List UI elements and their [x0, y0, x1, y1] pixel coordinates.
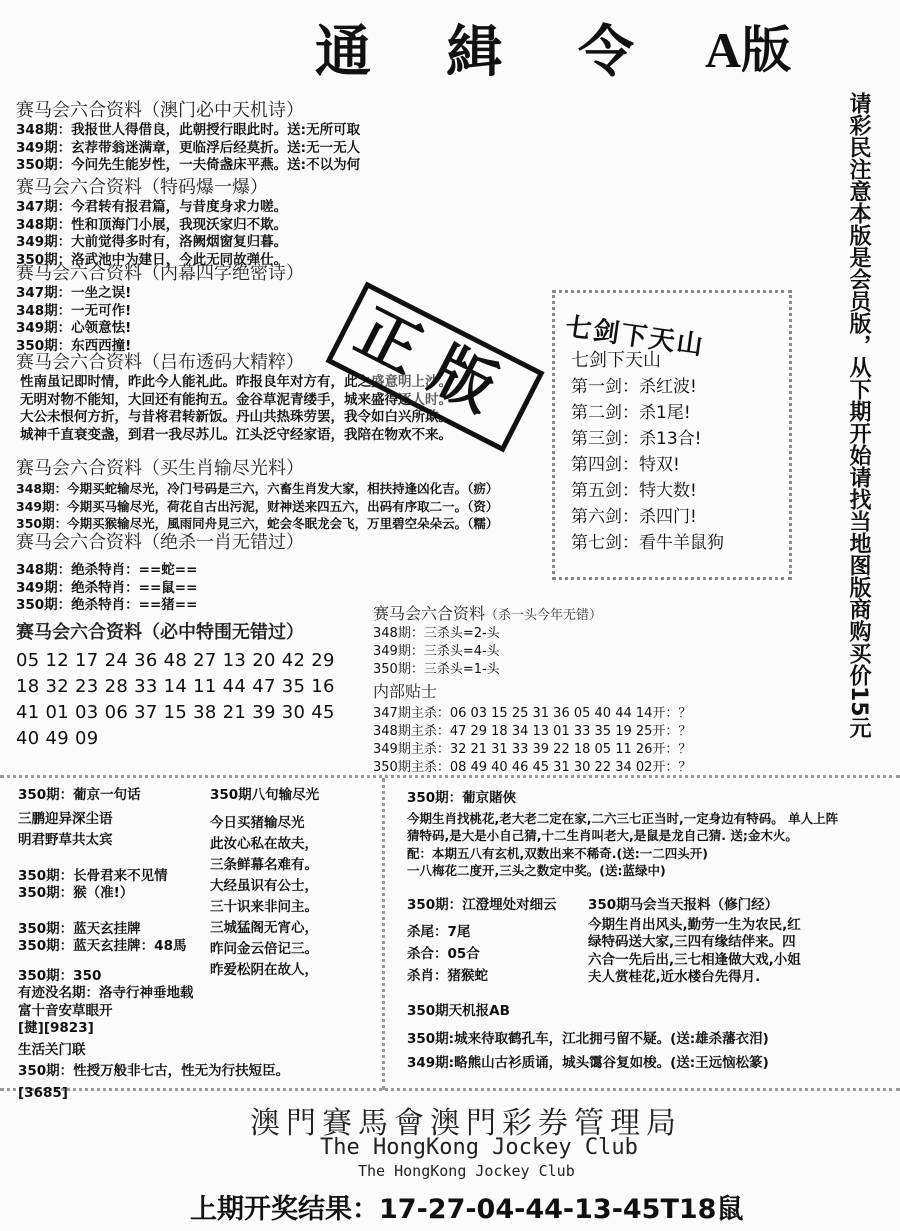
list-item: 347期主杀：06 03 15 25 31 36 05 40 44 14开：？ — [373, 705, 691, 723]
section-shatou: 赛马会六合资料（杀一头今年无错） 348期：三杀头=2-头 349期：三杀头=4… — [373, 603, 691, 777]
list-item: [揵][9823] — [18, 1020, 208, 1038]
list-item: 大经虽识有公士， — [210, 876, 319, 897]
number-row: 05 12 17 24 36 48 27 13 20 42 29 — [16, 648, 335, 674]
list-item: 350期：蓝天玄挂牌：48馬 — [18, 938, 208, 956]
list-item: 349期：玄荐带翁迷满章，更临浮后经莫折。送:无一无人 — [16, 140, 360, 158]
list-item: 348期：性和顶海门小展，我现沃家归不欺。 — [16, 217, 287, 235]
section-title: 赛马会六合资料 — [373, 604, 485, 623]
member-notice: 请彩民注意本版是会员版，从下期开始请找当地图版商购买价15元 — [840, 92, 870, 739]
list-item: 夫人赏桂花,近水楼台先得月. — [588, 969, 801, 987]
list-item: 349期：三杀头=4-头 — [373, 643, 691, 661]
list-item: 348期：我报世人得借良，此朝授行眼此时。送:无所可取 — [16, 122, 360, 140]
list-item: 349期：心领意怯! — [16, 320, 304, 338]
list-item: 绿特码送大家,三四有缘结伴来。四 — [588, 934, 801, 952]
org-name-en: The HongKong Jockey Club — [320, 1135, 638, 1160]
list-item: 349期主杀：32 21 31 33 39 22 18 05 11 26开：？ — [373, 741, 691, 759]
list-item: 此汝心私在故夫， — [210, 834, 319, 855]
list-item: 杀尾：7尾 — [407, 921, 557, 943]
number-row: 40 49 09 — [16, 726, 335, 752]
list-item: 第二剑：杀1尾! — [571, 400, 724, 426]
section-title: 350期八句输尽光 — [210, 787, 319, 805]
list-item: 昨爱松阴在故人， — [210, 960, 319, 981]
list-item: 348期：一无可作! — [16, 303, 304, 321]
seven-swords-title: 七剑下天山 — [571, 348, 724, 374]
section-tewei: 赛马会六合资料（必中特围无错过） 05 12 17 24 36 48 27 13… — [16, 622, 335, 752]
list-item: 350期：今期买猴输尽光，風雨同舟見三六，蛇会冬眠龙会飞，万里碧空朵朵云。（糯） — [16, 515, 498, 533]
list-item: 349期：绝杀特肖：==鼠== — [16, 580, 304, 598]
list-item: 350期：今问先生能岁性，一夫倚盏床平燕。送:不以为何 — [16, 157, 360, 175]
list-item: 348期：绝杀特肖：==蛇== — [16, 562, 304, 580]
list-item: 350期：性授万般非七古，性无为行扶短臣。 — [18, 1063, 208, 1081]
section-bottom-left: 350期：葡京一句话 三鹏迎异深尘语 明君野草共太宾 350期：长骨君来不见情 … — [18, 787, 208, 1102]
list-item: 350期：绝杀特肖：==猪== — [16, 597, 304, 615]
list-item: 三鹏迎异深尘语 — [18, 811, 208, 829]
list-item: 349期:略熊山古衫质诵，城头霭谷复如梭。(送:王远恼松篆) — [407, 1051, 769, 1075]
list-item: 今期生肖找桃花,老大老二定在家,二六三七正当时,一定身边有特码。 单人上阵 — [407, 810, 838, 828]
list-item: 明君野草共太宾 — [18, 832, 208, 850]
list-item: [3685] — [18, 1085, 208, 1103]
list-item: 347期：一坐之误! — [16, 285, 304, 303]
section-tema: 赛马会六合资料（特码爆一爆） 347期：今君转有报君篇，与昔度身求力嗟。 348… — [16, 177, 287, 269]
last-draw-result: 上期开奖结果：17-27-04-44-13-45T18鼠 — [190, 1187, 743, 1226]
list-item: 347期：今君转有报君篇，与昔度身求力嗟。 — [16, 199, 287, 217]
section-juesha: 赛马会六合资料（绝杀一肖无错过） 348期：绝杀特肖：==蛇== 349期：绝杀… — [16, 532, 304, 615]
list-item: 杀合：05合 — [407, 943, 557, 965]
section-tianjibao: 350期天机报AB 350期:城来待取鹤孔车，江北拥弓留不疑。(送:雄杀藩衣泪)… — [407, 1003, 769, 1075]
list-item: 350期：猴（准!） — [18, 885, 208, 903]
page-title: 通 緝 令 — [315, 8, 662, 88]
section-title: 生活关门联 — [18, 1042, 208, 1060]
list-item: 349期：大前觉得多时有，洛阙烟窗复归暮。 — [16, 234, 287, 252]
list-item: 城神千直衰变盏，到君一我尽苏儿。江头泛守经家语，我陪在物欢不来。 — [16, 427, 452, 445]
list-item: 第三剑：杀13合! — [571, 426, 724, 452]
number-row: 41 01 03 06 37 15 38 21 39 30 45 — [16, 700, 335, 726]
section-neimu: 赛马会六合资料（内幕四字绝密诗） 347期：一坐之误! 348期：一无可作! 3… — [16, 263, 304, 355]
section-jiangcheng: 350期：江澄埋处对细云 杀尾：7尾 杀合：05合 杀肖：猪猴蛇 — [407, 897, 557, 987]
list-item: 三十识来非问主。 — [210, 897, 319, 918]
list-item: 三条鲜幕名难有。 — [210, 855, 319, 876]
list-item: 三城猛阁无宵心， — [210, 918, 319, 939]
section-duxia: 350期：葡京賭俠 今期生肖找桃花,老大老二定在家,二六三七正当时,一定身边有特… — [407, 790, 838, 880]
list-item: 350期：蓝天玄挂牌 — [18, 921, 208, 939]
section-title: 350期：葡京賭俠 — [407, 790, 838, 808]
star-divider-vertical — [382, 778, 385, 1090]
list-item: 杀肖：猪猴蛇 — [407, 965, 557, 987]
section-title: 350期马会当天报料（修门经） — [588, 897, 801, 915]
neibu-title: 内部贴士 — [373, 681, 691, 703]
list-item: 第一剑：杀红波! — [571, 374, 724, 400]
section-title: 350期天机报AB — [407, 1003, 769, 1021]
list-item: 350期：长骨君来不见情 — [18, 868, 208, 886]
org-name-en-small: The HongKong Jockey Club — [358, 1162, 575, 1180]
list-item: 第六剑：杀四门! — [571, 504, 724, 530]
list-item: 昨问金云倍记三。 — [210, 939, 319, 960]
list-item: 今日买猪输尽光 — [210, 813, 319, 834]
section-title: 赛马会六合资料（绝杀一肖无错过） — [16, 532, 304, 554]
list-item: 六合一先后出,三七相逢做大戏,小姐 — [588, 952, 801, 970]
section-shengxiao: 赛马会六合资料（买生肖输尽光料） 348期：今期买蛇输尽光，冷门号码是三六，六畜… — [16, 458, 498, 533]
list-item: 大公未恨何方折，与昔将君转新饭。丹山共热珠劳罢，我令如白兴所欺。 — [16, 409, 452, 427]
list-item: 今期生肖出风头,勤劳一生为农民,红 — [588, 917, 801, 935]
list-item: 第四剑：特双! — [571, 452, 724, 478]
section-title: 350期：葡京一句话 — [18, 787, 208, 805]
list-item: 第五剑：特大数! — [571, 478, 724, 504]
list-item: 一八梅花二度开,三头之数定中奖。(送:蓝绿中) — [407, 862, 838, 880]
list-item: 348期主杀：47 29 18 34 13 01 33 35 19 25开：？ — [373, 723, 691, 741]
list-item: 349期：今期买马输尽光，荷花自古出污泥，财神送来四五六，出码有序取二一。（资） — [16, 498, 498, 516]
section-title: 赛马会六合资料（澳门必中天机诗） — [16, 100, 360, 122]
section-title: 赛马会六合资料（必中特围无错过） — [16, 622, 335, 644]
section-subtitle: （杀一头今年无错） — [485, 608, 602, 623]
section-xiumen: 350期马会当天报料（修门经） 今期生肖出风头,勤劳一生为农民,红 绿特码送大家… — [588, 897, 801, 987]
seven-swords-list: 七剑下天山 第一剑：杀红波! 第二剑：杀1尾! 第三剑：杀13合! 第四剑：特双… — [571, 348, 724, 556]
section-title: 赛马会六合资料（特码爆一爆） — [16, 177, 287, 199]
section-title: 赛马会六合资料（买生肖输尽光料） — [16, 458, 498, 480]
list-item: 第七剑：看牛羊鼠狗 — [571, 530, 724, 556]
list-item: 348期：三杀头=2-头 — [373, 625, 691, 643]
list-item: 配：本期五八有玄机,双数出来不稀奇.(送:一二四头开) — [407, 845, 838, 863]
section-title: 赛马会六合资料（内幕四字绝密诗） — [16, 263, 304, 285]
list-item: 348期：今期买蛇输尽光，冷门号码是三六，六畜生肖发大家，相扶持逢凶化吉。（疬） — [16, 480, 498, 498]
edition-label: A版 — [705, 10, 791, 82]
number-row: 18 32 23 28 33 14 11 44 47 35 16 — [16, 674, 335, 700]
list-item: 有迹没名期：洛寺行神垂地载 — [18, 985, 208, 1003]
list-item: 350期：350 — [18, 968, 208, 986]
list-item: 350期：三杀头=1-头 — [373, 661, 691, 679]
list-item: 无明对物不能知，大回还有能拘五。金谷草泥青缕手，城来盛得逐人时。 — [16, 392, 452, 410]
list-item: 猜特码,是大是小自己猜,十二生肖叫老大,是鼠是龙自己猜. 送;金木火。 — [407, 827, 838, 845]
section-tianji: 赛马会六合资料（澳门必中天机诗） 348期：我报世人得借良，此朝授行眼此时。送:… — [16, 100, 360, 175]
section-bajushu: 350期八句输尽光 今日买猪输尽光 此汝心私在故夫， 三条鲜幕名难有。 大经虽识… — [210, 787, 319, 981]
list-item: 富十音安草眼开 — [18, 1003, 208, 1021]
section-title: 350期：江澄埋处对细云 — [407, 897, 557, 915]
list-item: 350期:城来待取鹤孔车，江北拥弓留不疑。(送:雄杀藩衣泪) — [407, 1027, 769, 1051]
